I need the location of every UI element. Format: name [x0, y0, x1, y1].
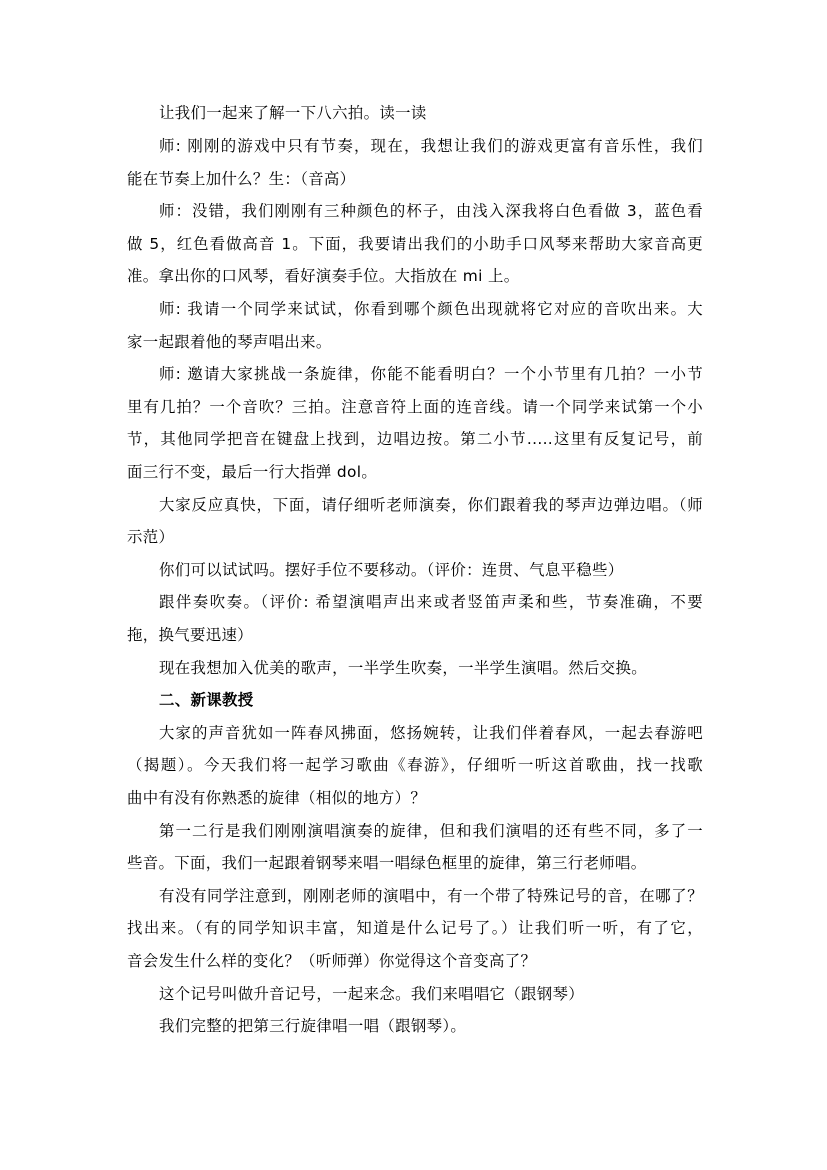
paragraph-line: 大家的声音犹如一阵春风拂面，悠扬婉转，让我们伴着春风，一起去春游吧	[159, 717, 703, 749]
paragraph-line: 让我们一起来了解一下八六拍。读一读	[159, 97, 703, 129]
paragraph-line: 师: 刚刚的游戏中只有节奏，现在，我想让我们的游戏更富有音乐性，我们	[159, 130, 703, 162]
paragraph-line: 示范）	[127, 521, 703, 553]
paragraph-line: 第一二行是我们刚刚演唱演奏的旋律，但和我们演唱的还有些不同，多了一	[159, 815, 703, 847]
paragraph-line: 做 5，红色看做高音 1。下面，我要请出我们的小助手口风琴来帮助大家音高更	[127, 228, 703, 260]
paragraph-line: 师: 邀请大家挑战一条旋律，你能不能看明白？一个小节里有几拍？一小节	[159, 358, 703, 390]
paragraph-line: 准。拿出你的口风琴，看好演奏手位。大指放在 mi 上。	[127, 260, 703, 292]
paragraph-line: 师: 我请一个同学来试试，你看到哪个颜色出现就将它对应的音吹出来。大	[159, 293, 703, 325]
paragraph-line: 这个记号叫做升音记号，一起来念。我们来唱唱它（跟钢琴）	[159, 978, 703, 1010]
paragraph-line: 师：没错，我们刚刚有三种颜色的杯子，由浅入深我将白色看做 3，蓝色看	[159, 195, 703, 227]
paragraph-line: 大家反应真快，下面，请仔细听老师演奏，你们跟着我的琴声边弹边唱。（师	[159, 489, 703, 521]
paragraph-line: 现在我想加入优美的歌声，一半学生吹奏，一半学生演唱。然后交换。	[159, 652, 703, 684]
paragraph-line: 家一起跟着他的琴声唱出来。	[127, 326, 703, 358]
paragraph-line: 跟伴奏吹奏。（评价: 希望演唱声出来或者竖笛声柔和些，节奏准确，不要	[159, 586, 703, 618]
paragraph-line: 面三行不变，最后一行大指弹 dol。	[127, 456, 703, 488]
paragraph-line: 我们完整的把第三行旋律唱一唱（跟钢琴）。	[159, 1010, 703, 1042]
paragraph-line: 你们可以试试吗。摆好手位不要移动。（评价：连贯、气息平稳些）	[159, 554, 703, 586]
paragraph-line: 有没有同学注意到，刚刚老师的演唱中，有一个带了特殊记号的音，在哪了？	[159, 880, 703, 912]
paragraph-line: 些音。下面，我们一起跟着钢琴来唱一唱绿色框里的旋律，第三行老师唱。	[127, 847, 703, 879]
paragraph-line: 拖，换气要迅速）	[127, 619, 703, 651]
paragraph-line: 节，其他同学把音在键盘上找到，边唱边按。第二小节.....这里有反复记号，前	[127, 423, 703, 455]
paragraph-line: 能在节奏上加什么？生：（音高）	[127, 163, 703, 195]
paragraph-line: 曲中有没有你熟悉的旋律（相似的地方）？	[127, 782, 703, 814]
paragraph-line: 音会发生什么样的变化？（听师弹）你觉得这个音变高了？	[127, 945, 703, 977]
section-heading: 二、新课教授	[159, 684, 703, 716]
paragraph-line: （揭题）。今天我们将一起学习歌曲《春游》，仔细听一听这首歌曲，找一找歌	[127, 749, 703, 781]
document-page: 让我们一起来了解一下八六拍。读一读师: 刚刚的游戏中只有节奏，现在，我想让我们的…	[0, 0, 827, 1170]
paragraph-line: 找出来。（有的同学知识丰富，知道是什么记号了。）让我们听一听，有了它，	[127, 912, 703, 944]
paragraph-line: 里有几拍？一个音吹？三拍。注意音符上面的连音线。请一个同学来试第一个小	[127, 391, 703, 423]
